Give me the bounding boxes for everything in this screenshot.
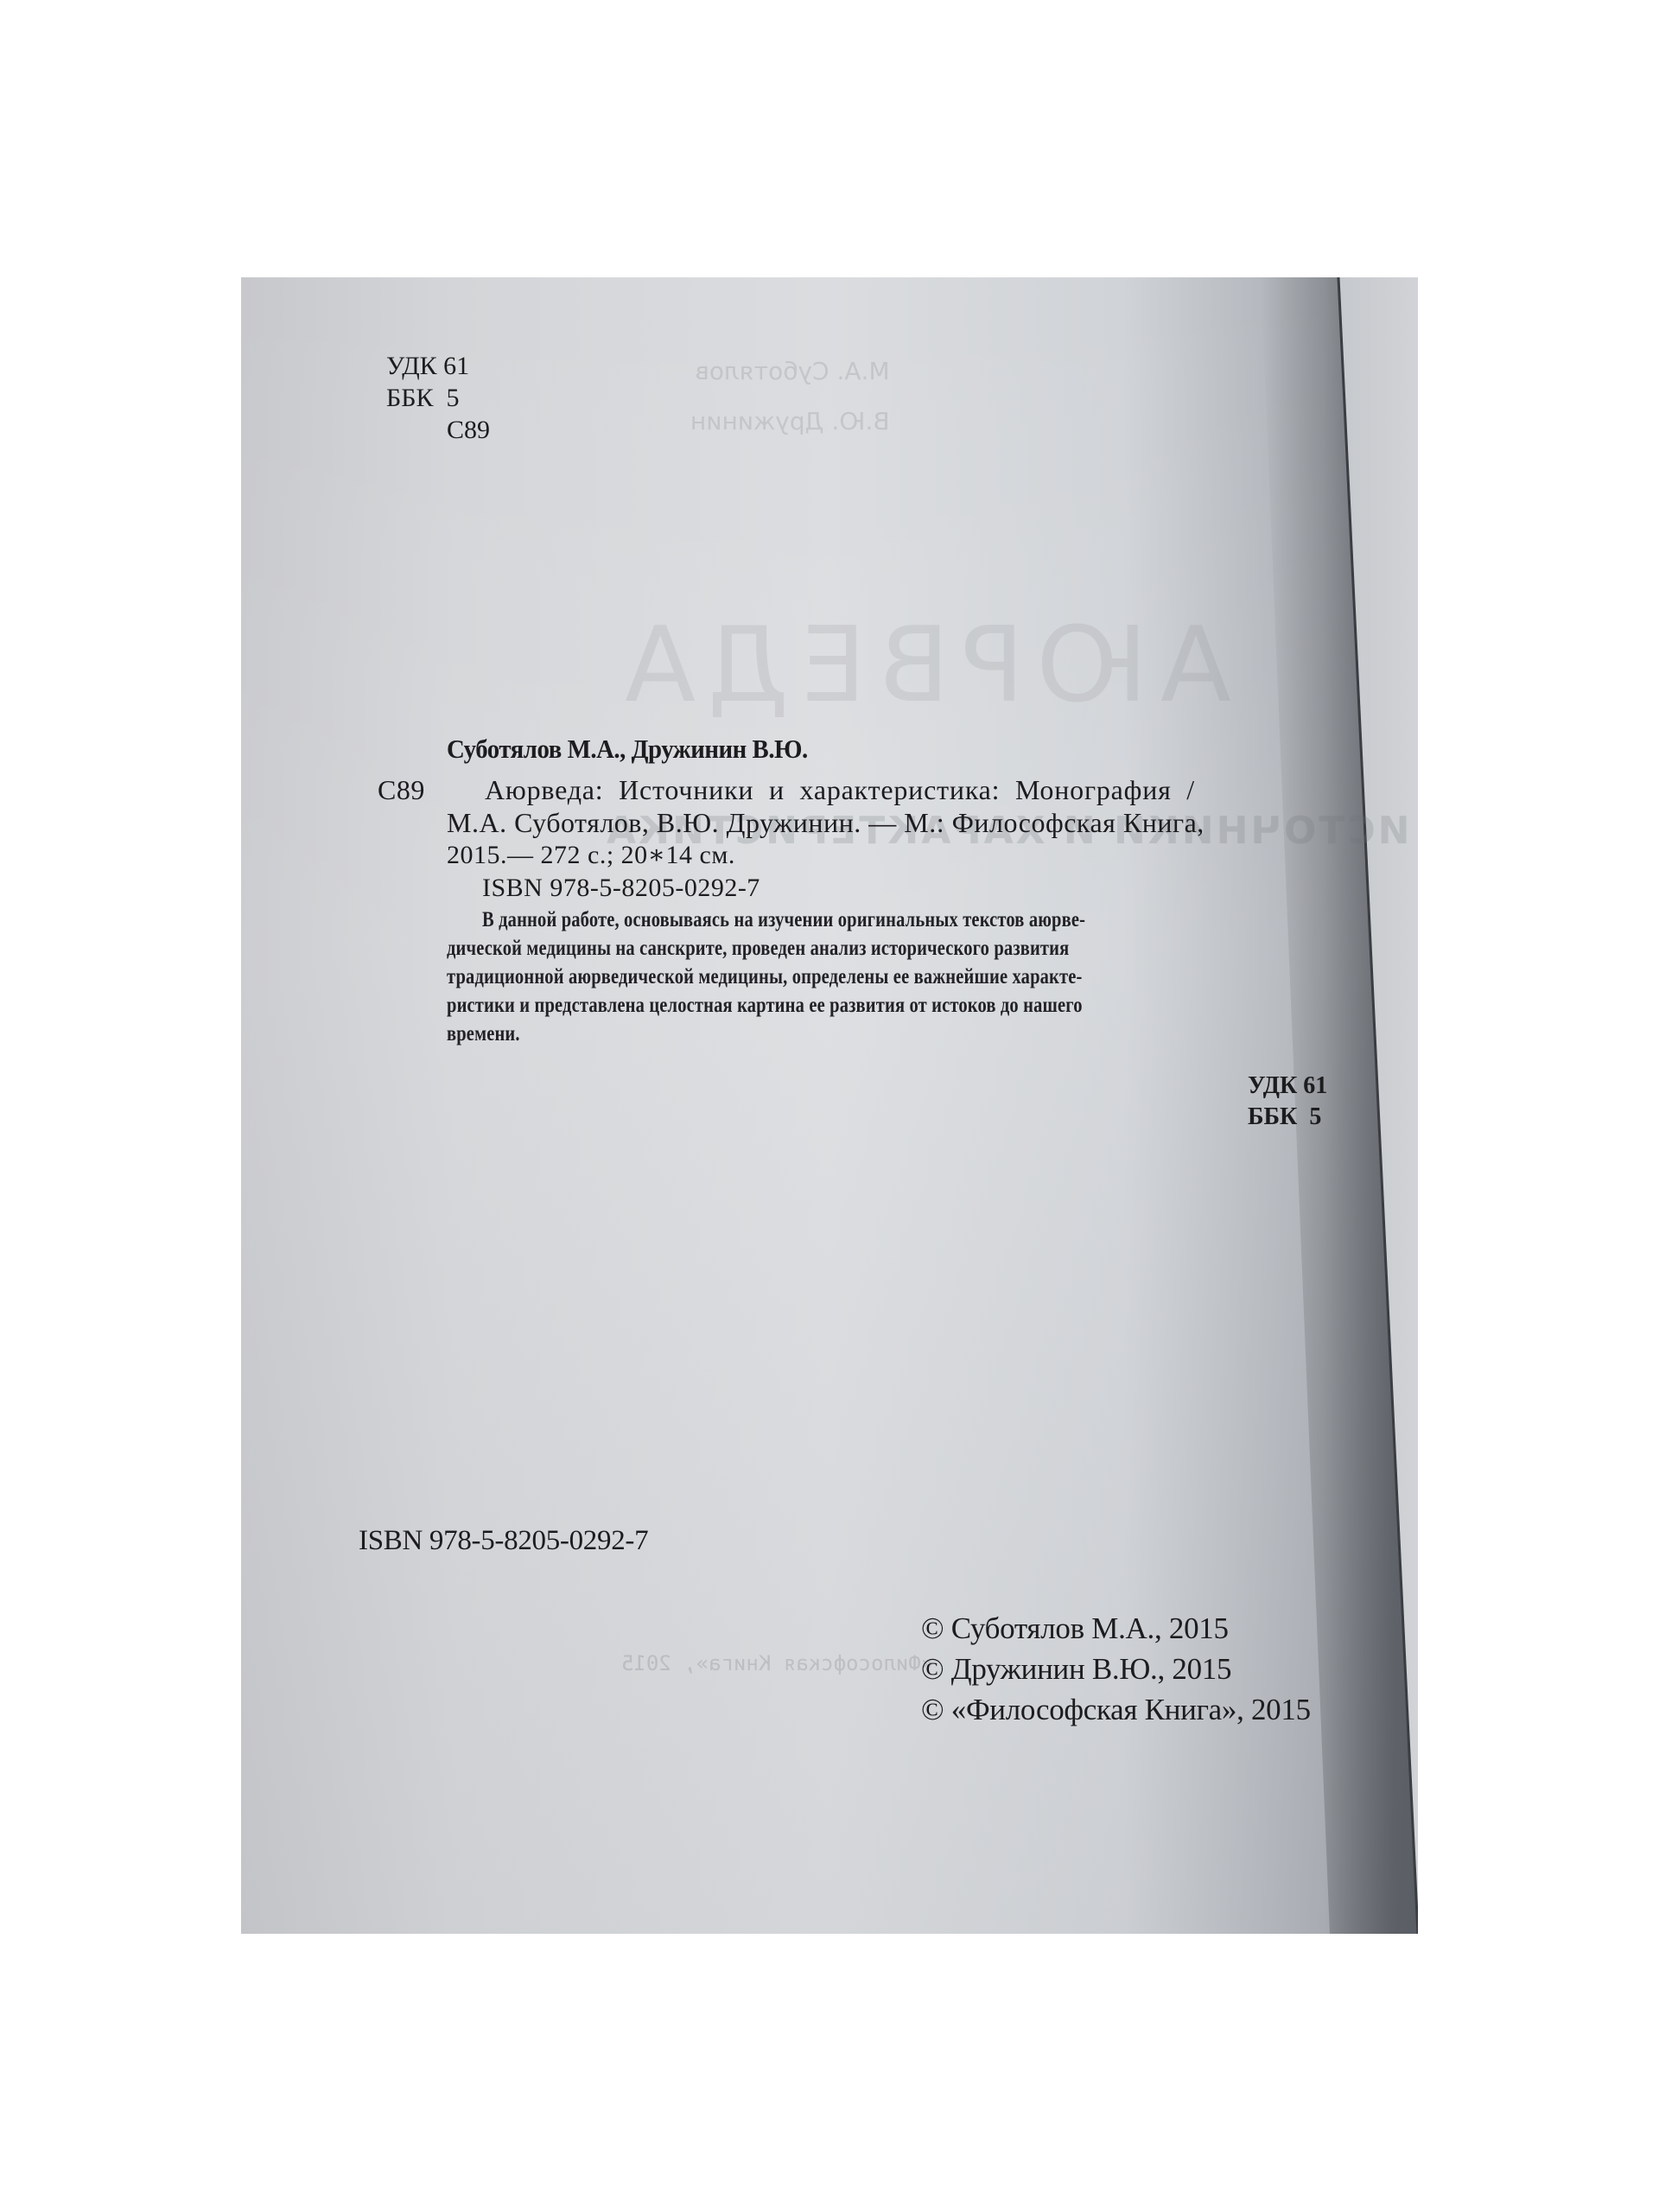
book-page-photo: М.А. Суботялов В.Ю. Дружинин АЮРВЕДА ИСТ… [241,277,1418,1934]
udk-code-right: УДК 61 [1248,1071,1327,1102]
abstract-line-1: В данной работе, основываясь на изучении… [482,908,1085,932]
author-mark: С89 [386,414,490,446]
copyright-author-2: © Дружинин В.Ю., 2015 [921,1649,1311,1689]
abstract-line-4: ристики и представлена целостная картина… [447,994,1083,1018]
abstract-line-5: времени. [447,1022,520,1046]
classification-block-right: УДК 61 ББК 5 [1248,1071,1327,1133]
catalog-author-mark: С89 [378,774,425,806]
catalog-line-2: М.А. Суботялов, В.Ю. Дружинин. — М.: Фил… [447,807,1205,839]
bbk-code-right: ББК 5 [1248,1102,1327,1133]
abstract-line-2: дической медицины на санскрите, проведен… [447,937,1069,961]
author-heading: Суботялов М.А., Дружинин В.Ю. [447,734,808,765]
bbk-code: ББК 5 [386,382,490,414]
catalog-line-1: Аюрведа: Источники и характеристика: Мон… [485,774,1195,806]
isbn: ISBN 978-5-8205-0292-7 [359,1525,648,1557]
catalog-isbn: ISBN 978-5-8205-0292-7 [482,874,760,903]
copyright-publisher: © «Философская Книга», 2015 [921,1689,1311,1730]
copyright-block: © Суботялов М.А., 2015 © Дружинин В.Ю., … [921,1608,1311,1730]
abstract-line-3: традиционной аюрведической медицины, опр… [447,965,1083,989]
udk-code: УДК 61 [386,350,490,382]
copyright-author-1: © Суботялов М.А., 2015 [921,1608,1311,1649]
classification-block-top: УДК 61 ББК 5 С89 [386,350,490,446]
catalog-line-3: 2015.— 272 с.; 20∗14 см. [447,840,735,870]
